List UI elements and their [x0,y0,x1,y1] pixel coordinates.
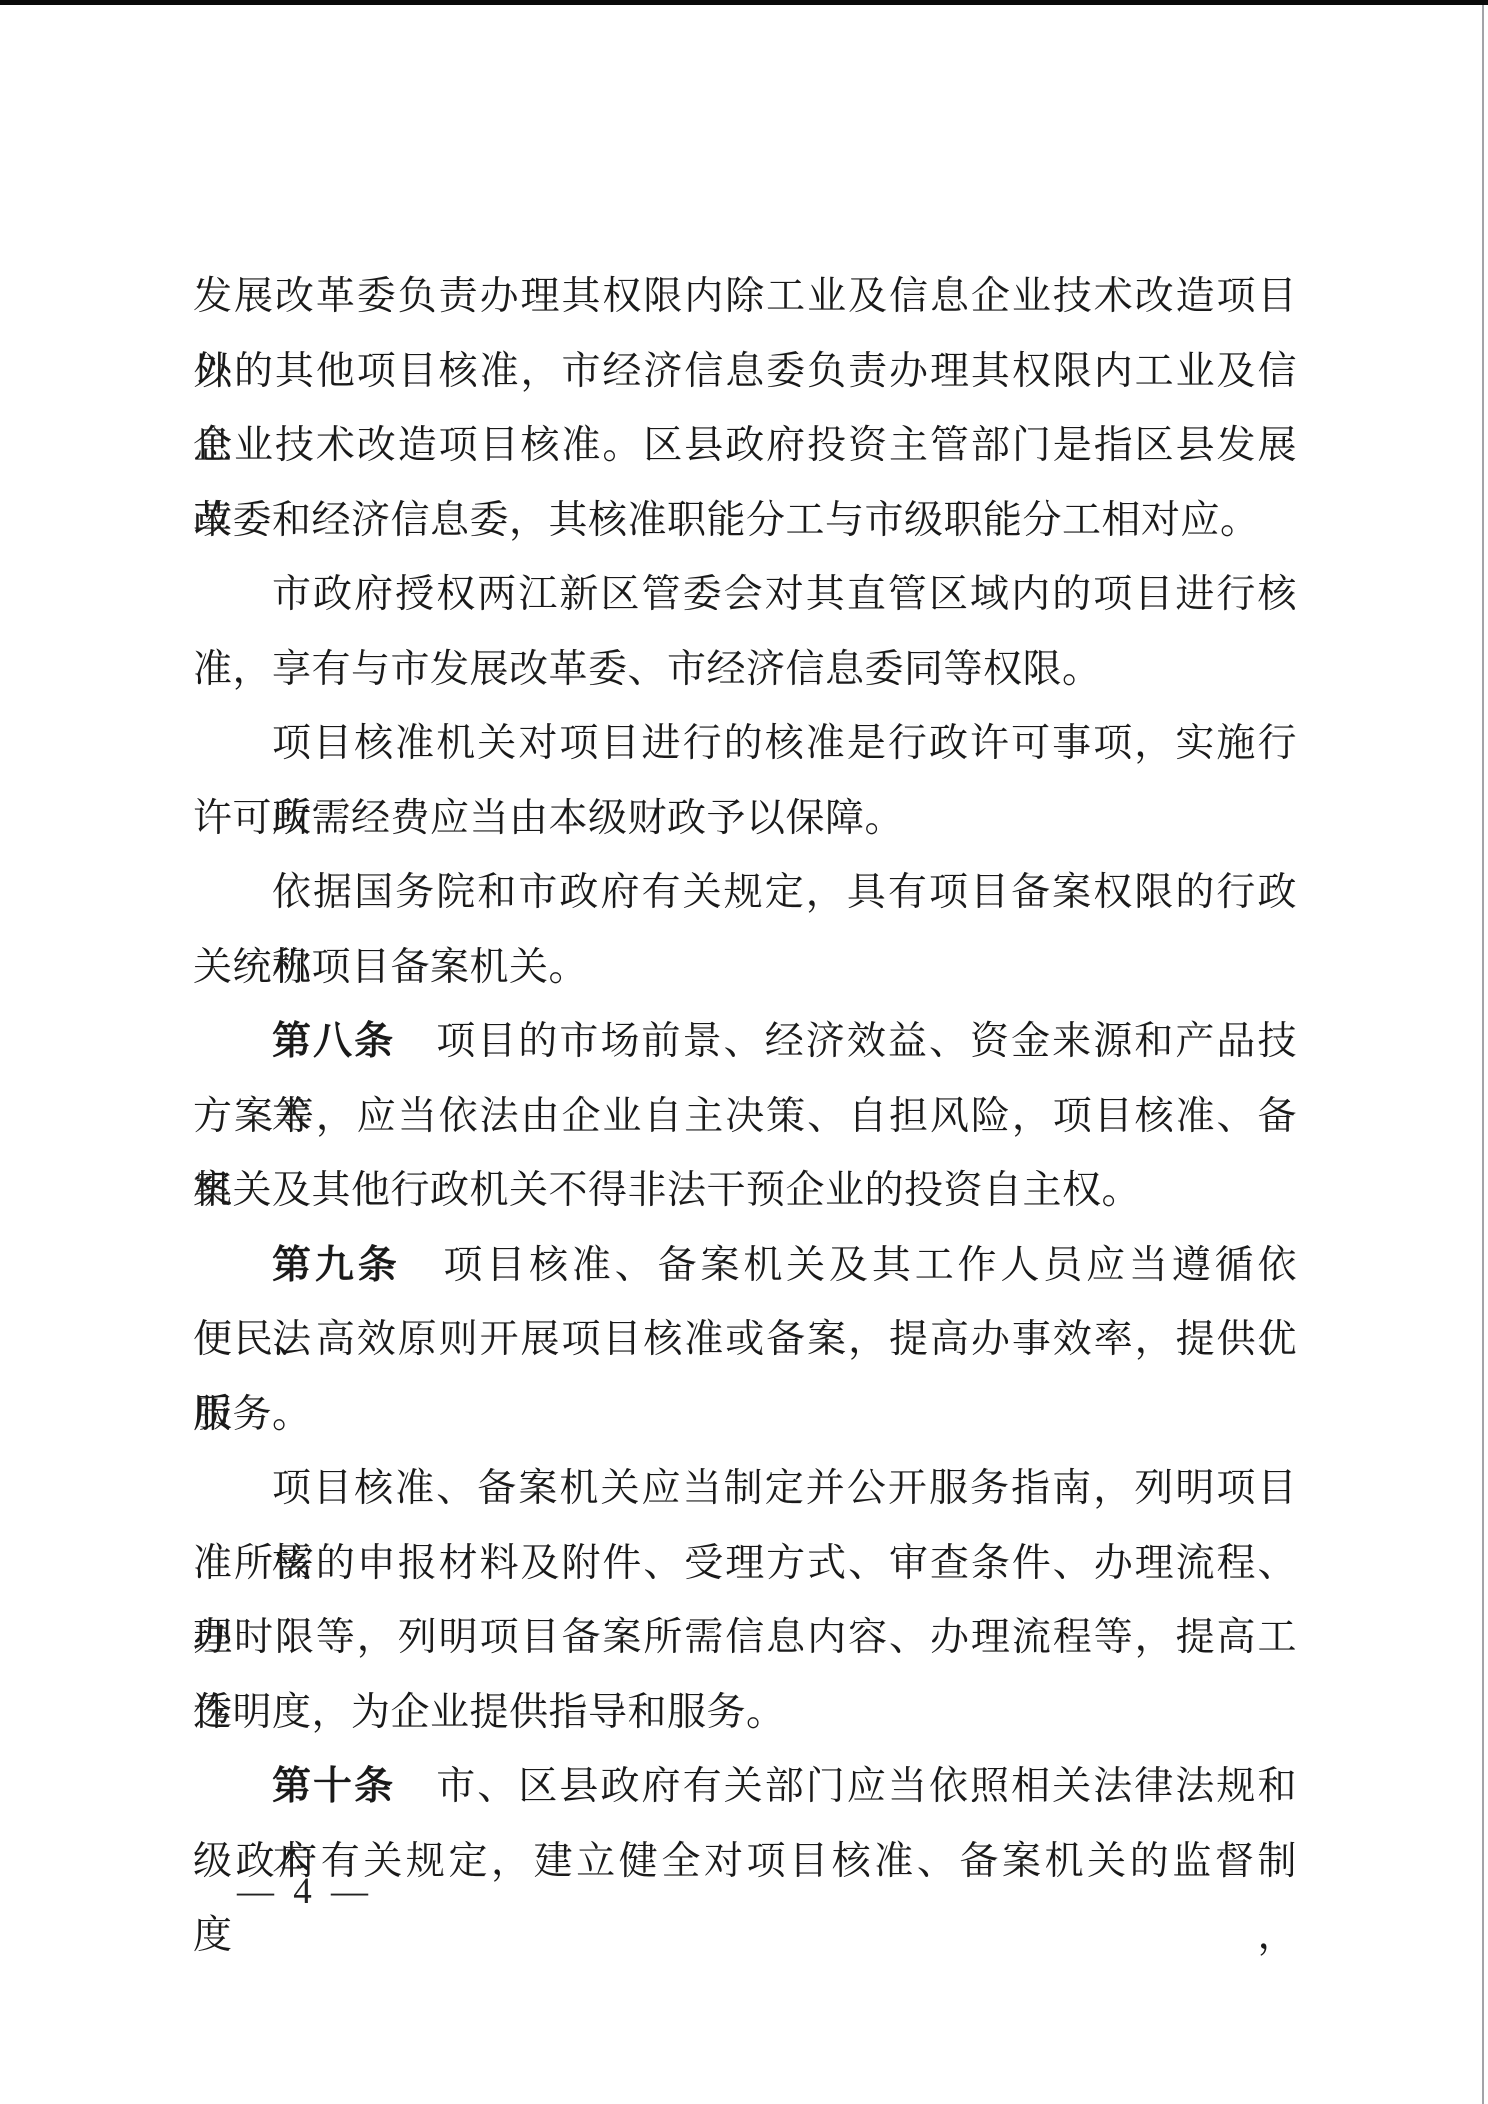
page-number: — 4 — [237,1855,373,1929]
document-line: 外的其他项目核准，市经济信息委负责办理其权限内工业及信息 [193,335,1297,410]
document-line: 项目核准机关对项目进行的核准是行政许可事项，实施行政 [193,707,1297,782]
right-edge-line [1482,5,1484,2104]
top-border-bar [0,0,1488,5]
body-text-segment: 市政府授权两江新区管委会对其直管区域内的项目进行核 [272,573,1297,616]
document-line: 第九条 项目核准、备案机关及其工作人员应当遵循依法、 [193,1229,1297,1304]
document-line: 准所需的申报材料及附件、受理方式、审查条件、办理流程、办 [193,1527,1297,1602]
article-number-heading: 第九条 [272,1244,401,1287]
document-line: 市政府授权两江新区管委会对其直管区域内的项目进行核 [193,558,1297,633]
body-text-segment: 透明度，为企业提供指导和服务。 [193,1691,786,1734]
article-number-heading: 第十条 [272,1765,395,1808]
document-line: 企业技术改造项目核准。区县政府投资主管部门是指区县发展改 [193,409,1297,484]
body-text-segment: 许可所需经费应当由本级财政予以保障。 [193,797,904,840]
document-line: 理时限等，列明项目备案所需信息内容、办理流程等，提高工作 [193,1601,1297,1676]
article-number-heading: 第八条 [272,1020,395,1063]
document-page: 发展改革委负责办理其权限内除工业及信息企业技术改造项目以外的其他项目核准，市经济… [0,0,1488,2104]
document-line: 关统称项目备案机关。 [193,931,1297,1006]
document-line: 革委和经济信息委，其核准职能分工与市级职能分工相对应。 [193,484,1297,559]
document-line: 依据国务院和市政府有关规定，具有项目备案权限的行政机 [193,856,1297,931]
body-text-segment: 关统称项目备案机关。 [193,946,588,989]
document-line: 机关及其他行政机关不得非法干预企业的投资自主权。 [193,1154,1297,1229]
document-line: 第十条 市、区县政府有关部门应当依照相关法律法规和本 [193,1750,1297,1825]
document-line: 服务。 [193,1378,1297,1453]
document-line: 许可所需经费应当由本级财政予以保障。 [193,782,1297,857]
document-line: 发展改革委负责办理其权限内除工业及信息企业技术改造项目以 [193,260,1297,335]
document-line: 项目核准、备案机关应当制定并公开服务指南，列明项目核 [193,1452,1297,1527]
body-text-segment: 革委和经济信息委，其核准职能分工与市级职能分工相对应。 [193,499,1260,542]
document-line: 便民、高效原则开展项目核准或备案，提高办事效率，提供优质 [193,1303,1297,1378]
body-text-segment: 准，享有与市发展改革委、市经济信息委同等权限。 [193,648,1102,691]
document-line: 方案等，应当依法由企业自主决策、自担风险，项目核准、备案 [193,1080,1297,1155]
document-body: 发展改革委负责办理其权限内除工业及信息企业技术改造项目以外的其他项目核准，市经济… [193,260,1297,1899]
document-line: 透明度，为企业提供指导和服务。 [193,1676,1297,1751]
document-line: 第八条 项目的市场前景、经济效益、资金来源和产品技术 [193,1005,1297,1080]
body-text-segment: 机关及其他行政机关不得非法干预企业的投资自主权。 [193,1169,1141,1212]
body-text-segment: 服务。 [193,1393,312,1436]
document-line: 准，享有与市发展改革委、市经济信息委同等权限。 [193,633,1297,708]
